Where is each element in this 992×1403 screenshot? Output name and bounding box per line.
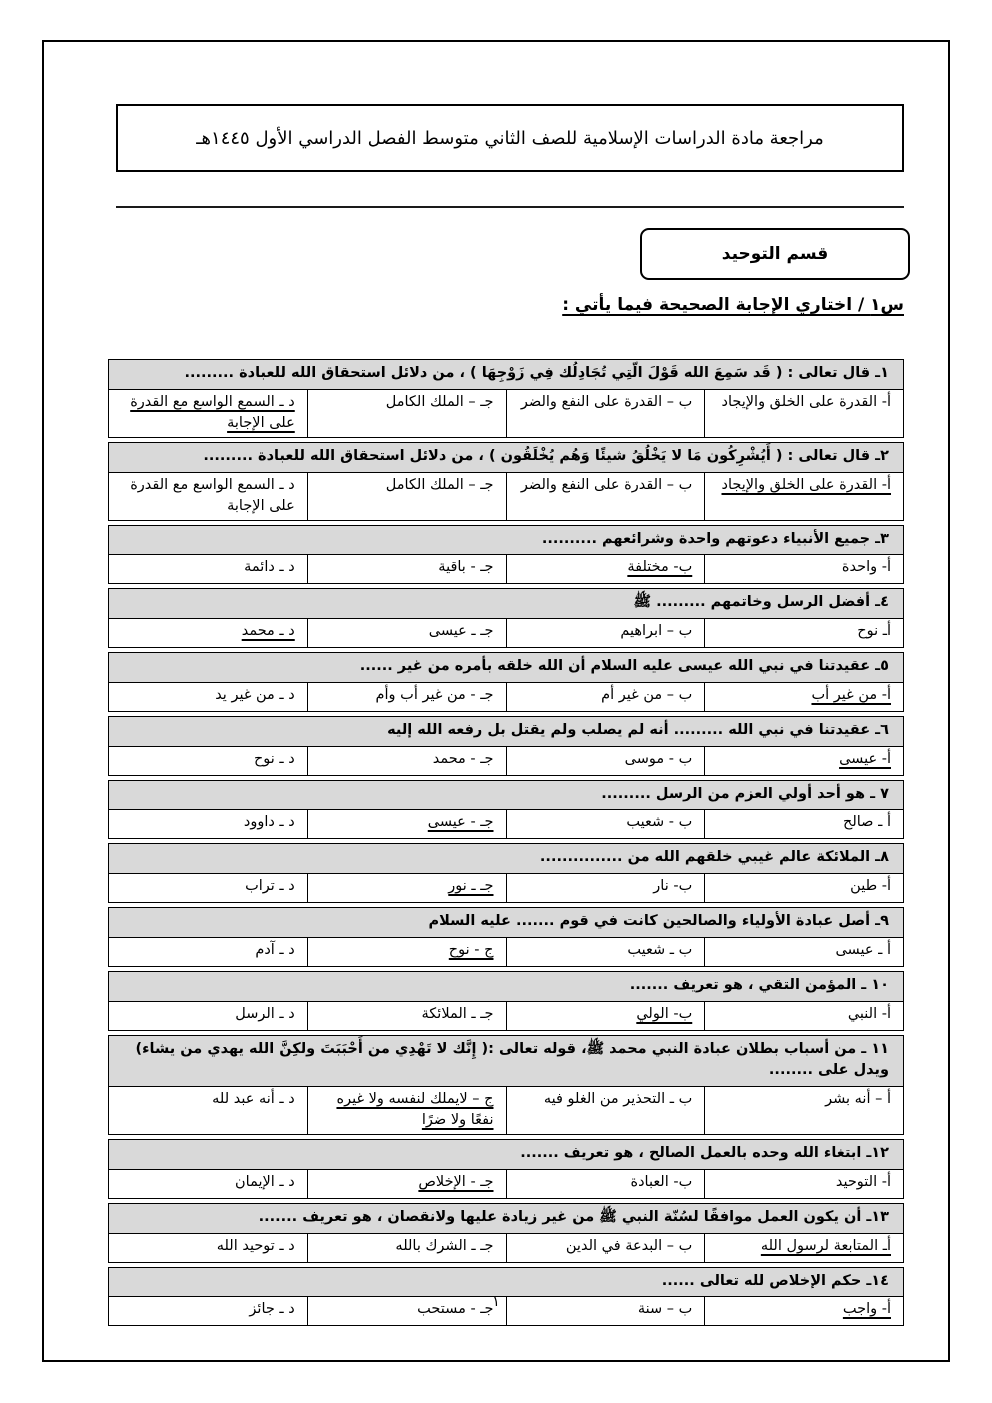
option-cell: د ـ الإيمان xyxy=(109,1169,308,1198)
correct-answer-label: ج - نوح xyxy=(449,942,494,958)
document-title: مراجعة مادة الدراسات الإسلامية للصف الثا… xyxy=(196,128,823,149)
option-cell: أ- النبي xyxy=(705,1001,904,1030)
question-table: ٥ـ عقيدتنا في نبي الله عيسى عليه السلام … xyxy=(108,652,904,712)
option-cell: د ـ محمد xyxy=(109,619,308,648)
option-cell: د ـ داوود xyxy=(109,810,308,839)
option-label: د ـ أنه عبد لله xyxy=(212,1091,295,1107)
options-row: أ ـ عيسىب ـ شعيبج - نوحد ـ آدم xyxy=(109,937,904,966)
option-label: د ـ تراب xyxy=(245,878,295,894)
option-label: ب - موسى xyxy=(625,751,693,767)
question-header-row: ١٢ـ ابتغاء الله وحده بالعمل الصالح ، هو … xyxy=(109,1140,904,1170)
option-label: أـ نوح xyxy=(857,623,891,639)
option-cell: ب – القدرة على النفع والضر xyxy=(506,472,705,520)
option-cell: جـ - عيسى xyxy=(307,810,506,839)
question-table: ٦ـ عقيدتنا في نبي الله ......... أنه لم … xyxy=(108,716,904,776)
option-label: ب ـ شعيب xyxy=(627,942,692,958)
option-cell: أ- واحدة xyxy=(705,555,904,584)
question-header-row: ١١ ـ من أسباب بطلان عبادة النبي محمد ﷺ، … xyxy=(109,1035,904,1087)
question-text: ١٢ـ ابتغاء الله وحده بالعمل الصالح ، هو … xyxy=(109,1140,904,1170)
option-label: ب – القدرة على النفع والضر xyxy=(521,477,692,493)
question-table: ٢ـ قال تعالى : ( أَيُشْرِكُون مَا لا يَخ… xyxy=(108,442,904,521)
option-cell: ب - موسى xyxy=(506,746,705,775)
option-label: د ـ داوود xyxy=(244,814,295,830)
option-cell: ب – البدعة في الدين xyxy=(506,1233,705,1262)
option-cell: د ـ من غير يد xyxy=(109,682,308,711)
correct-answer-label: جـ ـ نور xyxy=(448,878,493,894)
option-label: ب - شعيب xyxy=(626,814,692,830)
option-cell: ب – من غير أم xyxy=(506,682,705,711)
options-row: أـ المتابعة لرسول اللهب – البدعة في الدي… xyxy=(109,1233,904,1262)
option-label: د ـ توحيد الله xyxy=(217,1238,295,1254)
question-table: ١١ ـ من أسباب بطلان عبادة النبي محمد ﷺ، … xyxy=(108,1035,904,1136)
option-cell: أ- القدرة على الخلق والإيجاد xyxy=(705,389,904,437)
correct-answer-label: أ- من غير أب xyxy=(811,687,891,703)
question-text: ١ـ قال تعالى : ( قَد سَمِعَ الله قَوْلَ … xyxy=(109,360,904,390)
option-label: جـ ـ الملائكة xyxy=(422,1006,494,1022)
option-cell: ج – لايملك لنفسه ولا غيره نفعًا ولا ضرًا xyxy=(307,1087,506,1135)
option-label: ب – البدعة في الدين xyxy=(566,1238,692,1254)
correct-answer-label: جـ - عيسى xyxy=(428,814,494,830)
question-header-row: ٣ـ جميع الأنبياء دعوتهم واحدة وشرائعهم .… xyxy=(109,525,904,555)
document-title-box: مراجعة مادة الدراسات الإسلامية للصف الثا… xyxy=(116,104,904,172)
option-label: أ – أنه بشر xyxy=(825,1091,891,1107)
option-label: د ـ السمع الواسع مع القدرة على الإجابة xyxy=(130,477,295,514)
option-label: جـ - من غير أب وأم xyxy=(376,687,494,703)
option-cell: جـ – الملك الكامل xyxy=(307,472,506,520)
question-text: ٦ـ عقيدتنا في نبي الله ......... أنه لم … xyxy=(109,716,904,746)
option-label: جـ ـ الشرك بالله xyxy=(395,1238,493,1254)
question-header-row: ٧ ـ هو أحد أولي العزم من الرسل ......... xyxy=(109,780,904,810)
options-row: أ- عيسىب - موسىجـ - محمدد ـ نوح xyxy=(109,746,904,775)
option-cell: د ـ نوح xyxy=(109,746,308,775)
option-cell: جـ - الإخلاص xyxy=(307,1169,506,1198)
option-cell: ب ـ شعيب xyxy=(506,937,705,966)
option-cell: أ- التوحيد xyxy=(705,1169,904,1198)
section-title: قسم التوحيد xyxy=(722,244,829,264)
correct-answer-label: د ـ السمع الواسع مع القدرة على الإجابة xyxy=(130,394,295,431)
question-header-row: ١٣ـ أن يكون العمل موافقًا لسُنّة النبي ﷺ… xyxy=(109,1203,904,1233)
horizontal-divider xyxy=(116,206,904,208)
option-cell: جـ ـ عيسى xyxy=(307,619,506,648)
option-cell: أـ نوح xyxy=(705,619,904,648)
option-label: د ـ من غير يد xyxy=(215,687,295,703)
option-cell: ب- العبادة xyxy=(506,1169,705,1198)
option-label: د ـ الرسل xyxy=(235,1006,295,1022)
option-label: ب – ابراهيم xyxy=(620,623,692,639)
option-cell: أ ـ عيسى xyxy=(705,937,904,966)
correct-answer-label: أ- عيسى xyxy=(839,751,891,767)
question-table: ١ـ قال تعالى : ( قَد سَمِعَ الله قَوْلَ … xyxy=(108,359,904,438)
option-cell: د ـ توحيد الله xyxy=(109,1233,308,1262)
question-table: ١٠ ـ المؤمن التقي ، هو تعريف .......أ- ا… xyxy=(108,971,904,1031)
question-instruction: س١ / اختاري الإجابة الصحيحة فيما يأتي : xyxy=(44,295,904,315)
option-cell: جـ ـ الملائكة xyxy=(307,1001,506,1030)
question-header-row: ٤ـ أفضل الرسل وخاتمهم ......... ﷺ xyxy=(109,589,904,619)
document-page: { "header": { "title": "مراجعة مادة الدر… xyxy=(0,0,992,1403)
question-table: ٨ـ الملائكة عالم غيبي خلقهم الله من ....… xyxy=(108,843,904,903)
page-number: ١ xyxy=(44,1294,948,1310)
correct-answer-label: ب- مختلفة xyxy=(627,559,692,575)
question-text: ١٠ ـ المؤمن التقي ، هو تعريف ....... xyxy=(109,971,904,1001)
option-label: جـ – الملك الكامل xyxy=(386,394,494,410)
option-label: د ـ الإيمان xyxy=(235,1174,295,1190)
option-label: د ـ نوح xyxy=(254,751,295,767)
options-row: أ- التوحيدب- العبادةجـ - الإخلاصد ـ الإي… xyxy=(109,1169,904,1198)
option-cell: أ – أنه بشر xyxy=(705,1087,904,1135)
correct-answer-label: ب- الولي xyxy=(636,1006,692,1022)
correct-answer-label: ج – لايملك لنفسه ولا غيره نفعًا ولا ضرًا xyxy=(336,1091,493,1128)
option-cell: ب- مختلفة xyxy=(506,555,705,584)
option-label: ب ـ التحذير من الغلو فيه xyxy=(544,1091,692,1107)
question-text: ٢ـ قال تعالى : ( أَيُشْرِكُون مَا لا يَخ… xyxy=(109,442,904,472)
options-row: أ – أنه بشرب ـ التحذير من الغلو فيهج – ل… xyxy=(109,1087,904,1135)
option-cell: أ ـ صالح xyxy=(705,810,904,839)
option-cell: جـ - باقية xyxy=(307,555,506,584)
questions-list: ١ـ قال تعالى : ( قَد سَمِعَ الله قَوْلَ … xyxy=(108,359,904,1326)
option-cell: ب – ابراهيم xyxy=(506,619,705,648)
page-border: مراجعة مادة الدراسات الإسلامية للصف الثا… xyxy=(42,40,950,1362)
question-header-row: ٦ـ عقيدتنا في نبي الله ......... أنه لم … xyxy=(109,716,904,746)
question-text: ١٤ـ حكم الإخلاص لله تعالى ...... xyxy=(109,1267,904,1297)
option-cell: أ- القدرة على الخلق والإيجاد xyxy=(705,472,904,520)
question-text: ٩ـ أصل عبادة الأولياء والصالحين كانت في … xyxy=(109,908,904,938)
question-header-row: ١ـ قال تعالى : ( قَد سَمِعَ الله قَوْلَ … xyxy=(109,360,904,390)
option-label: ب – القدرة على النفع والضر xyxy=(521,394,692,410)
question-table: ٧ ـ هو أحد أولي العزم من الرسل .........… xyxy=(108,780,904,840)
option-cell: د ـ السمع الواسع مع القدرة على الإجابة xyxy=(109,472,308,520)
option-cell: ب - شعيب xyxy=(506,810,705,839)
option-cell: د ـ تراب xyxy=(109,874,308,903)
options-row: أ- القدرة على الخلق والإيجادب – القدرة ع… xyxy=(109,389,904,437)
option-cell: د ـ دائمة xyxy=(109,555,308,584)
question-header-row: ١٤ـ حكم الإخلاص لله تعالى ...... xyxy=(109,1267,904,1297)
option-label: أ- واحدة xyxy=(842,559,891,575)
options-row: أـ نوحب – ابراهيمجـ ـ عيسىد ـ محمد xyxy=(109,619,904,648)
option-cell: أ- طين xyxy=(705,874,904,903)
question-table: ١٢ـ ابتغاء الله وحده بالعمل الصالح ، هو … xyxy=(108,1139,904,1199)
question-text: ١٣ـ أن يكون العمل موافقًا لسُنّة النبي ﷺ… xyxy=(109,1203,904,1233)
question-text: ٧ ـ هو أحد أولي العزم من الرسل ......... xyxy=(109,780,904,810)
correct-answer-label: أـ المتابعة لرسول الله xyxy=(761,1238,891,1254)
option-cell: أـ المتابعة لرسول الله xyxy=(705,1233,904,1262)
correct-answer-label: جـ - الإخلاص xyxy=(418,1174,493,1190)
option-cell: جـ ـ نور xyxy=(307,874,506,903)
option-label: أ- القدرة على الخلق والإيجاد xyxy=(722,394,892,410)
option-label: أ- التوحيد xyxy=(836,1174,891,1190)
options-row: أ- طينب- نارجـ ـ نورد ـ تراب xyxy=(109,874,904,903)
option-label: جـ - باقية xyxy=(438,559,493,575)
option-cell: ب- الولي xyxy=(506,1001,705,1030)
option-cell: د ـ السمع الواسع مع القدرة على الإجابة xyxy=(109,389,308,437)
options-row: أ- من غير أبب – من غير أمجـ - من غير أب … xyxy=(109,682,904,711)
option-cell: د ـ أنه عبد لله xyxy=(109,1087,308,1135)
option-label: د ـ آدم xyxy=(255,942,294,958)
section-box: قسم التوحيد xyxy=(640,228,910,280)
question-text: ٤ـ أفضل الرسل وخاتمهم ......... ﷺ xyxy=(109,589,904,619)
option-label: ب – من غير أم xyxy=(601,687,692,703)
options-row: أ- النبيب- الوليجـ ـ الملائكةد ـ الرسل xyxy=(109,1001,904,1030)
options-row: أ- القدرة على الخلق والإيجادب – القدرة ع… xyxy=(109,472,904,520)
correct-answer-label: د ـ محمد xyxy=(242,623,295,639)
option-cell: ج - نوح xyxy=(307,937,506,966)
option-label: ب- نار xyxy=(653,878,692,894)
option-cell: جـ - من غير أب وأم xyxy=(307,682,506,711)
option-label: ب- العبادة xyxy=(630,1174,692,1190)
option-cell: أ- عيسى xyxy=(705,746,904,775)
option-cell: جـ – الملك الكامل xyxy=(307,389,506,437)
option-cell: جـ - محمد xyxy=(307,746,506,775)
option-label: د ـ دائمة xyxy=(244,559,295,575)
option-label: جـ ـ عيسى xyxy=(429,623,494,639)
question-text: ٣ـ جميع الأنبياء دعوتهم واحدة وشرائعهم .… xyxy=(109,525,904,555)
question-text: ٨ـ الملائكة عالم غيبي خلقهم الله من ....… xyxy=(109,844,904,874)
option-cell: ب – القدرة على النفع والضر xyxy=(506,389,705,437)
option-label: أ- النبي xyxy=(848,1006,891,1022)
option-label: أ- طين xyxy=(850,878,891,894)
option-cell: ب ـ التحذير من الغلو فيه xyxy=(506,1087,705,1135)
question-header-row: ٨ـ الملائكة عالم غيبي خلقهم الله من ....… xyxy=(109,844,904,874)
option-label: جـ - محمد xyxy=(433,751,494,767)
question-header-row: ٢ـ قال تعالى : ( أَيُشْرِكُون مَا لا يَخ… xyxy=(109,442,904,472)
question-table: ٩ـ أصل عبادة الأولياء والصالحين كانت في … xyxy=(108,907,904,967)
options-row: أ ـ صالحب - شعيبجـ - عيسىد ـ داوود xyxy=(109,810,904,839)
question-table: ١٣ـ أن يكون العمل موافقًا لسُنّة النبي ﷺ… xyxy=(108,1203,904,1263)
option-cell: جـ ـ الشرك بالله xyxy=(307,1233,506,1262)
option-label: جـ – الملك الكامل xyxy=(386,477,494,493)
question-header-row: ٥ـ عقيدتنا في نبي الله عيسى عليه السلام … xyxy=(109,653,904,683)
option-label: أ ـ صالح xyxy=(843,814,891,830)
options-row: أ- واحدةب- مختلفةجـ - باقيةد ـ دائمة xyxy=(109,555,904,584)
option-label: أ ـ عيسى xyxy=(835,942,891,958)
question-header-row: ١٠ ـ المؤمن التقي ، هو تعريف ....... xyxy=(109,971,904,1001)
option-cell: د ـ الرسل xyxy=(109,1001,308,1030)
question-text: ١١ ـ من أسباب بطلان عبادة النبي محمد ﷺ، … xyxy=(109,1035,904,1087)
option-cell: د ـ آدم xyxy=(109,937,308,966)
correct-answer-label: أ- القدرة على الخلق والإيجاد xyxy=(722,477,892,493)
question-header-row: ٩ـ أصل عبادة الأولياء والصالحين كانت في … xyxy=(109,908,904,938)
question-table: ٣ـ جميع الأنبياء دعوتهم واحدة وشرائعهم .… xyxy=(108,525,904,585)
question-table: ٤ـ أفضل الرسل وخاتمهم ......... ﷺأـ نوحب… xyxy=(108,588,904,648)
question-text: ٥ـ عقيدتنا في نبي الله عيسى عليه السلام … xyxy=(109,653,904,683)
option-cell: ب- نار xyxy=(506,874,705,903)
option-cell: أ- من غير أب xyxy=(705,682,904,711)
